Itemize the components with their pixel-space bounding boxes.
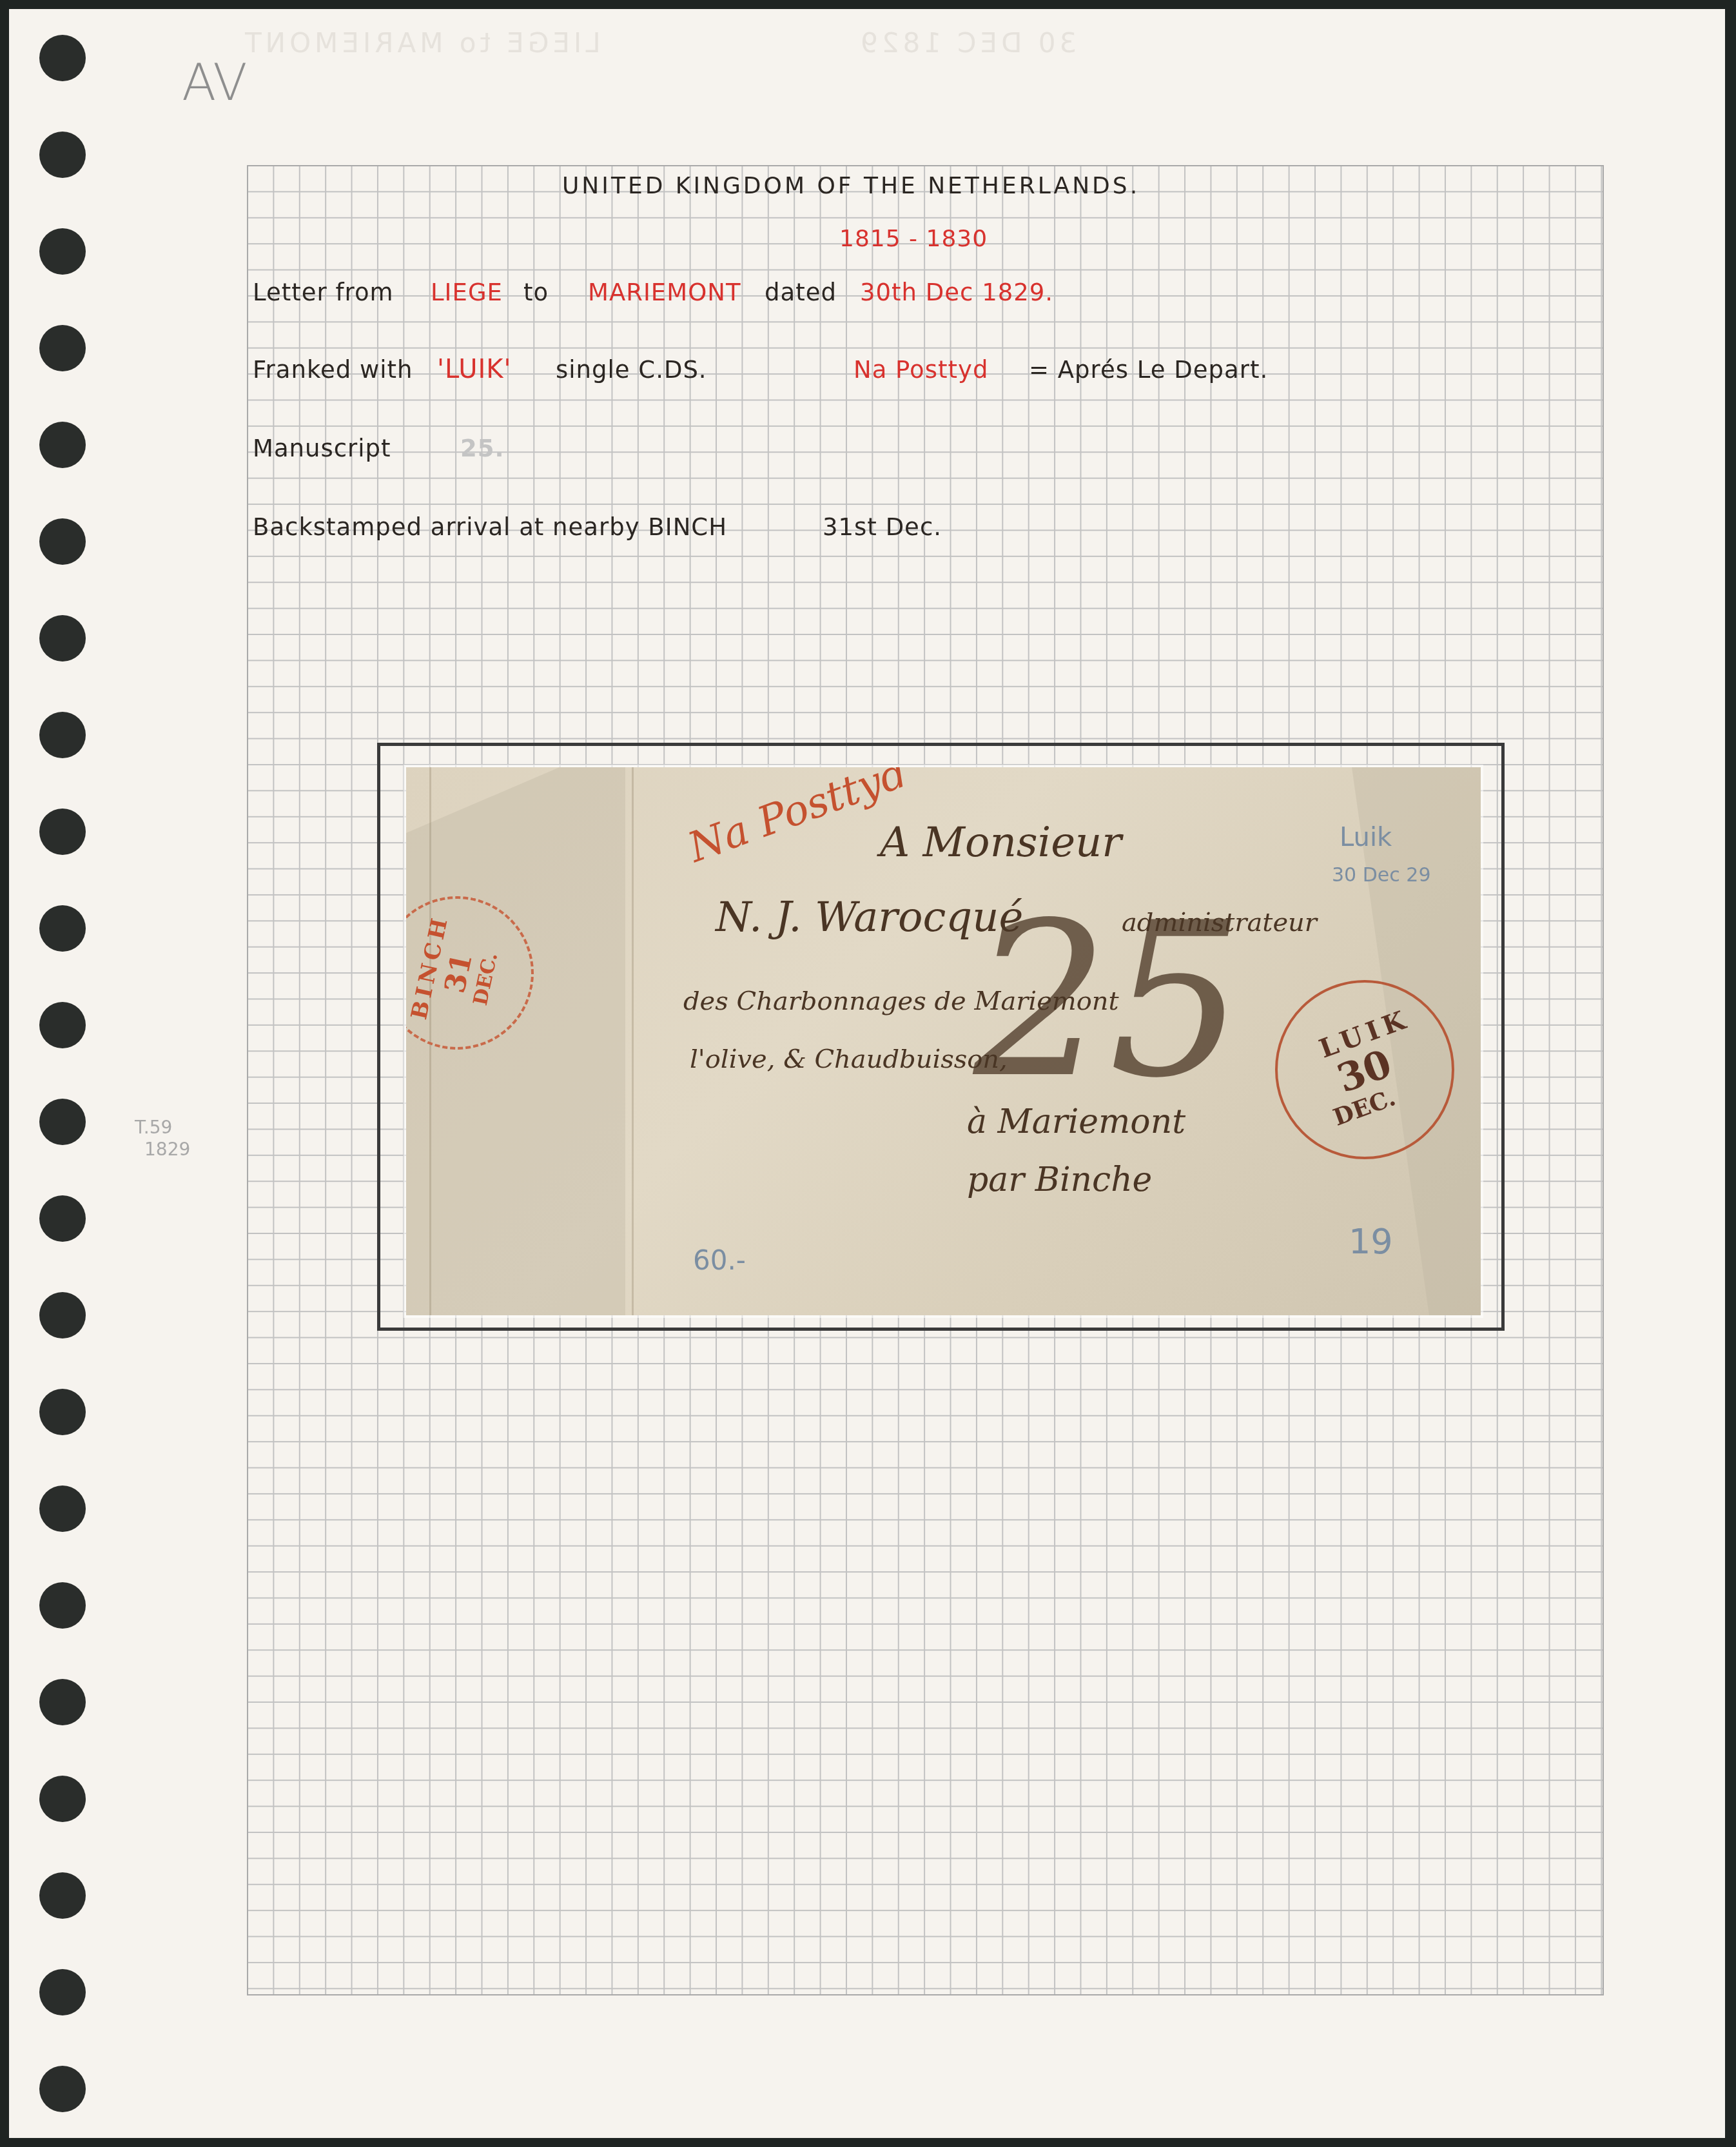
punch-hole: [39, 1195, 86, 1242]
margin-initials: AV: [182, 54, 248, 112]
punch-hole: [39, 712, 86, 758]
bleed-through-text-right: 30 DEC 1829: [857, 27, 1077, 59]
period-subtitle: 1815 - 1830: [839, 226, 988, 252]
punch-hole: [39, 809, 86, 855]
punch-hole: [39, 1002, 86, 1048]
postal-cover: Na Posttyd BINCH 31 DEC. A Monsieur N. J…: [406, 767, 1481, 1315]
letter-date: 30th Dec 1829.: [860, 279, 1053, 306]
punch-hole: [39, 35, 86, 81]
fold-line: [632, 767, 634, 1315]
punch-hole: [39, 1099, 86, 1145]
line2-suffix: single C.DS.: [556, 356, 707, 384]
manuscript-rate: 25: [973, 877, 1244, 1124]
backstamp-text: Backstamped arrival at nearby BINCH: [253, 513, 727, 541]
punch-hole: [39, 615, 86, 662]
destination-town: MARIEMONT: [588, 279, 741, 306]
address-line-mines: l'olive, & Chaudbuisson,: [690, 1044, 1008, 1074]
line3-prefix: Manuscript: [253, 435, 391, 462]
pencil-note-date: 30 Dec 29: [1332, 864, 1430, 887]
pencil-note-number: 19: [1349, 1221, 1393, 1262]
punch-hole: [39, 1485, 86, 1532]
album-page: LIEGE to MARIEMONT 30 DEC 1829 AV T.59 1…: [9, 9, 1725, 2138]
pencil-note-town: Luik: [1340, 823, 1392, 852]
address-line-via: par Binche: [967, 1161, 1152, 1199]
punch-hole: [39, 518, 86, 565]
punch-hole: [39, 1679, 86, 1725]
punch-hole: [39, 228, 86, 275]
punch-hole: [39, 1969, 86, 2015]
line2-prefix: Franked with: [253, 356, 413, 384]
punch-hole: [39, 1872, 86, 1919]
punch-hole: [39, 2066, 86, 2112]
pencil-price: 60.-: [693, 1244, 746, 1276]
margin-catalogue-ref: T.59: [135, 1117, 172, 1138]
na-posttyd-marking: Na Posttyd: [853, 356, 988, 384]
na-posttyd-handstamp: Na Posttyd: [682, 767, 913, 872]
punch-hole: [39, 325, 86, 371]
margin-catalogue-year: 1829: [144, 1139, 190, 1160]
line1-dated: dated: [765, 279, 837, 306]
address-line-salutation: A Monsieur: [880, 819, 1122, 867]
bleed-through-text-left: LIEGE to MARIEMONT: [241, 27, 601, 59]
marking-translation: = Aprés Le Depart.: [1029, 356, 1268, 384]
punch-hole: [39, 422, 86, 468]
line1-prefix: Letter from: [253, 279, 394, 306]
punch-hole: [39, 1582, 86, 1629]
punch-hole: [39, 1389, 86, 1435]
page-title: UNITED KINGDOM OF THE NETHERLANDS.: [562, 173, 1140, 199]
punch-hole: [39, 1292, 86, 1338]
manuscript-value: 25.: [460, 435, 505, 462]
backstamp-date: 31st Dec.: [823, 513, 942, 541]
punch-hole: [39, 132, 86, 178]
punch-hole: [39, 905, 86, 952]
luik-departure-postmark: LUIK 30 DEC.: [1275, 980, 1454, 1159]
punch-hole: [39, 1776, 86, 1822]
line1-to: to: [523, 279, 549, 306]
origin-town: LIEGE: [431, 279, 503, 306]
cancel-name: 'LUIK': [437, 355, 512, 384]
